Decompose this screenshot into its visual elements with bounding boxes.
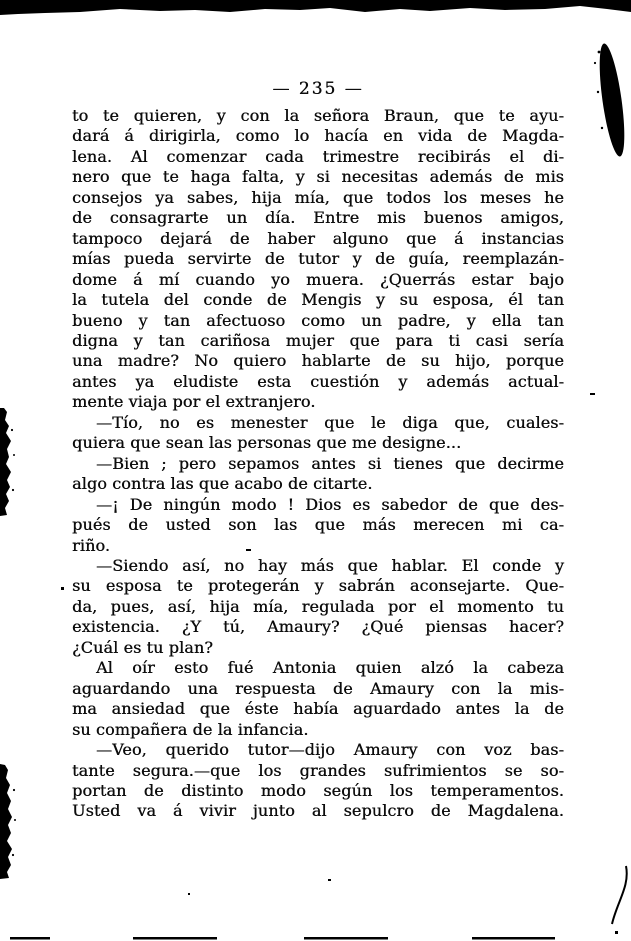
text-line: existencia. ¿Y tú, Amaury? ¿Qué piensas … — [72, 617, 564, 637]
text-line: pués de usted son las que más merecen mi… — [72, 515, 564, 535]
text-line: Usted va á vivir junto al sepulcro de Ma… — [72, 801, 564, 821]
text-line: mías pueda servirte de tutor y de guía, … — [72, 249, 564, 269]
text-line: bueno y tan afectuoso como un padre, y e… — [72, 311, 564, 331]
text-line: portan de distinto modo según los temper… — [72, 781, 564, 801]
text-line: —Tío, no es menester que le diga que, cu… — [72, 413, 564, 433]
text-line: ma ansiedad que éste había aguardado ant… — [72, 699, 564, 719]
scan-left-strip-2 — [0, 764, 12, 879]
text-line: antes ya eludiste esta cuestión y además… — [72, 372, 564, 392]
scan-bottom-rule-2 — [133, 937, 217, 940]
text-line: da, pues, así, hija mía, regulada por el… — [72, 597, 564, 617]
text-line: quiera que sean las personas que me desi… — [72, 433, 564, 453]
text-line: mente viaja por el extranjero. — [72, 392, 564, 412]
text-line: dome á mí cuando yo muera. ¿Querrás esta… — [72, 270, 564, 290]
scan-right-blob — [595, 42, 630, 158]
text-line: de consagrarte un día. Entre mis buenos … — [72, 208, 564, 228]
text-line: —¡ De ningún modo ! Dios es sabedor de q… — [72, 495, 564, 515]
text-line: lena. Al comenzar cada trimestre recibir… — [72, 147, 564, 167]
text-line: —Bien ; pero sepamos antes si tienes que… — [72, 454, 564, 474]
text-line: aguardando una respuesta de Amaury con l… — [72, 679, 564, 699]
text-line: nero que te haga falta, y si necesitas a… — [72, 167, 564, 187]
scan-bottom-rule-1 — [10, 937, 50, 940]
page-number: — 235 — — [72, 79, 564, 99]
text-line: una madre? No quiero hablarte de su hijo… — [72, 351, 564, 371]
scan-top-edge-mark — [0, 0, 631, 15]
text-line: Al oír esto fué Antonia quien alzó la ca… — [72, 658, 564, 678]
text-line: —Siendo así, no hay más que hablar. El c… — [72, 556, 564, 576]
text-line: to te quieren, y con la señora Braun, qu… — [72, 106, 564, 126]
scan-bottom-rule-4 — [472, 937, 555, 940]
text-line: algo contra las que acabo de citarte. — [72, 474, 564, 494]
text-line: su compañera de la infancia. — [72, 720, 564, 740]
text-line: dará á dirigirla, como lo hacía en vida … — [72, 126, 564, 146]
scan-left-strip-1 — [0, 408, 11, 516]
text-line: riño. — [72, 536, 564, 556]
text-line: consejos ya sabes, hija mía, que todos l… — [72, 188, 564, 208]
text-line: su esposa te protegerán y sabrán aconsej… — [72, 576, 564, 596]
text-line: tante segura.—que los grandes sufrimient… — [72, 761, 564, 781]
page-text: to te quieren, y con la señora Braun, qu… — [72, 106, 564, 822]
scan-bottom-rule-3 — [304, 937, 388, 940]
scan-hairline-curve — [612, 866, 627, 924]
text-line: —Veo, querido tutor—dijo Amaury con voz … — [72, 740, 564, 760]
book-page: — 235 — to te quieren, y con la señora B… — [0, 0, 631, 941]
text-line: ¿Cuál es tu plan? — [72, 638, 564, 658]
text-line: la tutela del conde de Mengis y su espos… — [72, 290, 564, 310]
text-line: tampoco dejará de haber alguno que á ins… — [72, 229, 564, 249]
text-line: digna y tan cariñosa mujer que para ti c… — [72, 331, 564, 351]
